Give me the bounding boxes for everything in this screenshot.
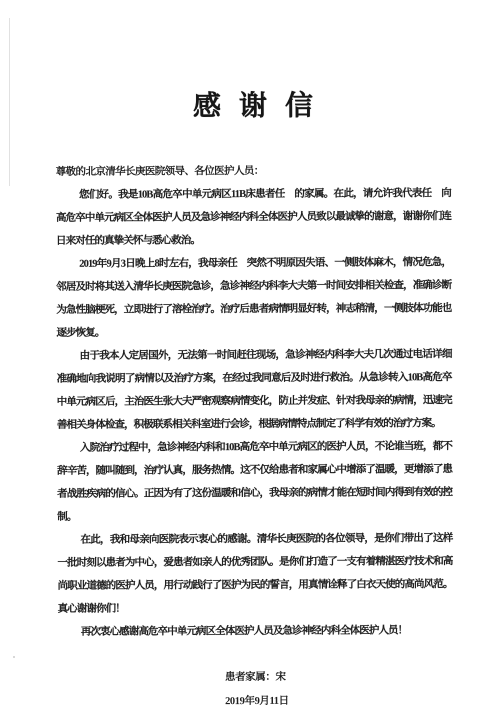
letter-paragraph-5: 在此，我和母亲向医院表示衷心的感谢。清华长庚医院的各位领导，是你们带出了这样一批…	[57, 527, 452, 621]
letter-body: 感谢信 尊敬的北京清华长庚医院领导、各位医护人员： 您们好。我是10B高危卒中单…	[55, 0, 453, 707]
letter-paragraph-2: 2019年9月3日晚上8时左右，我母亲任 突然不明原因失语、一侧肢体麻木，情况危…	[56, 251, 451, 345]
signature-block: 患者家属：宋 2019年9月11日	[225, 665, 453, 707]
letter-paragraph-1: 您们好。我是10B高危卒中单元病区11B床患者任 的家属。在此，请允许我代表任 …	[56, 182, 451, 253]
letter-paragraph-3: 由于我本人定居国外，无法第一时间赶往现场，急诊神经内科李大夫几次通过电话详细准确…	[57, 343, 452, 437]
scanned-letter-document: { "letter": { "title": "感谢信", "salutatio…	[0, 0, 500, 707]
letter-paragraph-4: 入院治疗过程中，急诊神经内科和10B高危卒中单元病区的医护人员，不论谁当班，都不…	[57, 435, 452, 529]
scan-artifact-line	[9, 18, 10, 186]
letter-title: 感谢信	[55, 83, 450, 125]
scan-artifact-dot	[13, 656, 15, 658]
signature-date: 2019年9月11日	[225, 689, 453, 707]
letter-salutation: 尊敬的北京清华长庚医院领导、各位医护人员：	[56, 159, 451, 184]
letter-paragraph-6: 再次衷心感谢高危卒中单元病区全体医护人员及急诊神经内科全体医护人员！	[58, 619, 453, 644]
letter-page: 感谢信 尊敬的北京清华长庚医院领导、各位医护人员： 您们好。我是10B高危卒中单…	[0, 0, 500, 707]
signature-signer: 患者家属：宋	[225, 665, 453, 690]
